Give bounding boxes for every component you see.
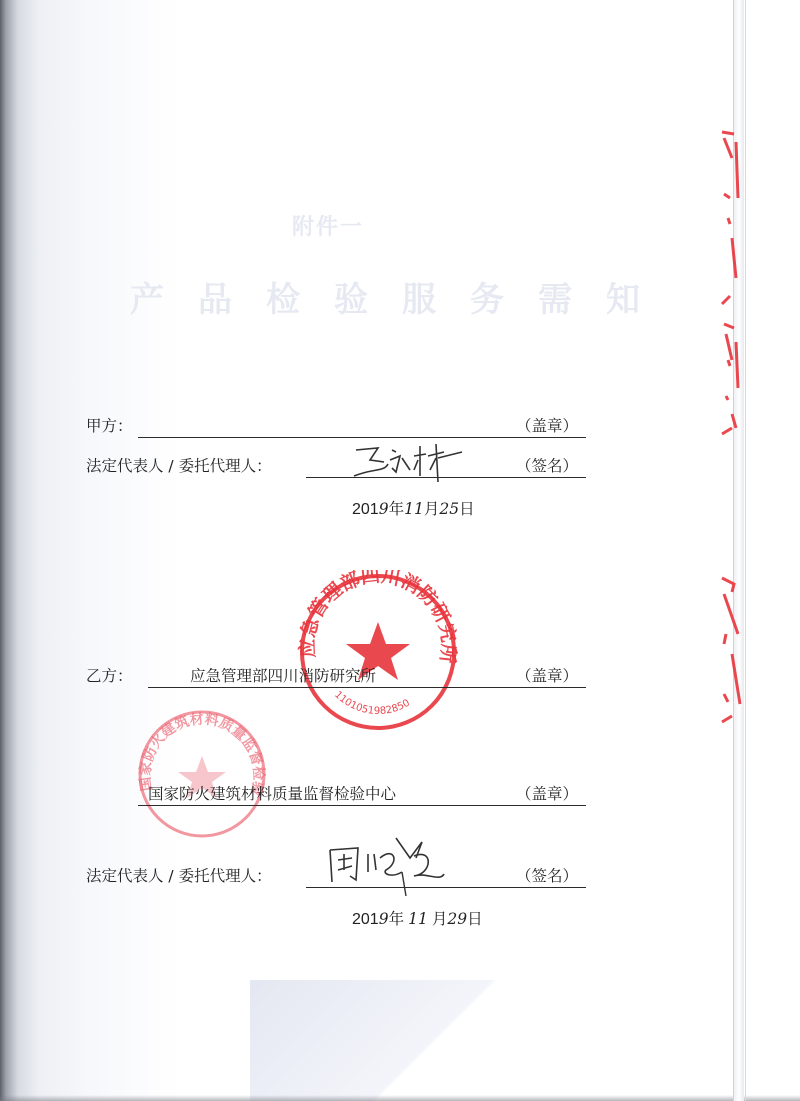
party-b2-field[interactable] (138, 805, 586, 806)
party-b2-value: 国家防火建筑材料质量监督检验中心 (148, 782, 396, 804)
party-a-seal-suffix: （盖章） (516, 414, 578, 436)
party-b-signature-icon (314, 836, 474, 898)
party-a-rep-sign-suffix: （签名） (516, 454, 578, 476)
party-b-rep-sign-suffix: （签名） (516, 864, 578, 886)
page-fold-shadow (250, 980, 570, 1101)
party-a-label: 甲方： (86, 414, 133, 436)
date-month-handwritten: 11 (404, 500, 424, 518)
date-day-char: 日 (459, 500, 475, 518)
party-b-rep-row: 法定代表人 / 委托代理人： （签名） (86, 862, 586, 888)
party-a-row: 甲方： （盖章） (86, 412, 586, 438)
show-through-subtitle: 附件一 (292, 210, 364, 241)
show-through-title: 产品检验服务需知 (130, 272, 674, 321)
party-b-row: 乙方： 应急管理部四川消防研究所 （盖章） (86, 662, 586, 688)
date-year-char: 年 (389, 500, 405, 518)
party-b-value: 应急管理部四川消防研究所 (190, 664, 376, 686)
party-b-rep-label: 法定代表人 / 委托代理人： (86, 864, 272, 886)
institute-seal-icon: 应急管理部四川消防研究所 1101051982850 (290, 570, 466, 732)
date-year-handwritten: 9 (379, 910, 389, 928)
cross-page-seal-bottom-icon (718, 574, 748, 734)
testing-center-seal-icon: 国家防火建筑材料质量监督检验中心 (136, 708, 268, 840)
date-day-handwritten: 25 (439, 500, 459, 518)
scan-bottom-shadow (0, 1095, 800, 1101)
party-b-label: 乙方： (86, 664, 133, 686)
party-a-field[interactable] (138, 437, 586, 438)
date-year-prefix: 201 (352, 501, 379, 518)
svg-text:1101051982850: 1101051982850 (332, 689, 412, 717)
party-b-seal-suffix: （盖章） (516, 664, 578, 686)
scan-background (0, 0, 800, 1101)
date-month-char: 月 (424, 500, 440, 518)
cross-page-seal-top-icon (718, 128, 746, 448)
party-b2-seal-suffix: （盖章） (516, 782, 578, 804)
date-day-handwritten: 29 (447, 910, 467, 928)
party-a-signature-icon (344, 442, 464, 484)
party-a-rep-label: 法定代表人 / 委托代理人： (86, 454, 272, 476)
party-a-date: 2019年11月25日 (352, 497, 475, 519)
party-b-field[interactable] (148, 687, 586, 688)
party-b-date: 2019年11月29日 (352, 907, 483, 929)
party-b2-row: 国家防火建筑材料质量监督检验中心 （盖章） (86, 780, 586, 806)
date-year-prefix: 201 (352, 911, 379, 928)
date-day-char: 日 (467, 910, 483, 928)
seal-1-number: 1101051982850 (332, 689, 412, 717)
date-year-handwritten: 9 (379, 500, 389, 518)
date-month-handwritten: 11 (408, 910, 428, 928)
party-a-rep-row: 法定代表人 / 委托代理人： （签名） (86, 452, 586, 478)
date-year-char: 年 (389, 910, 405, 928)
date-month-char: 月 (432, 910, 448, 928)
